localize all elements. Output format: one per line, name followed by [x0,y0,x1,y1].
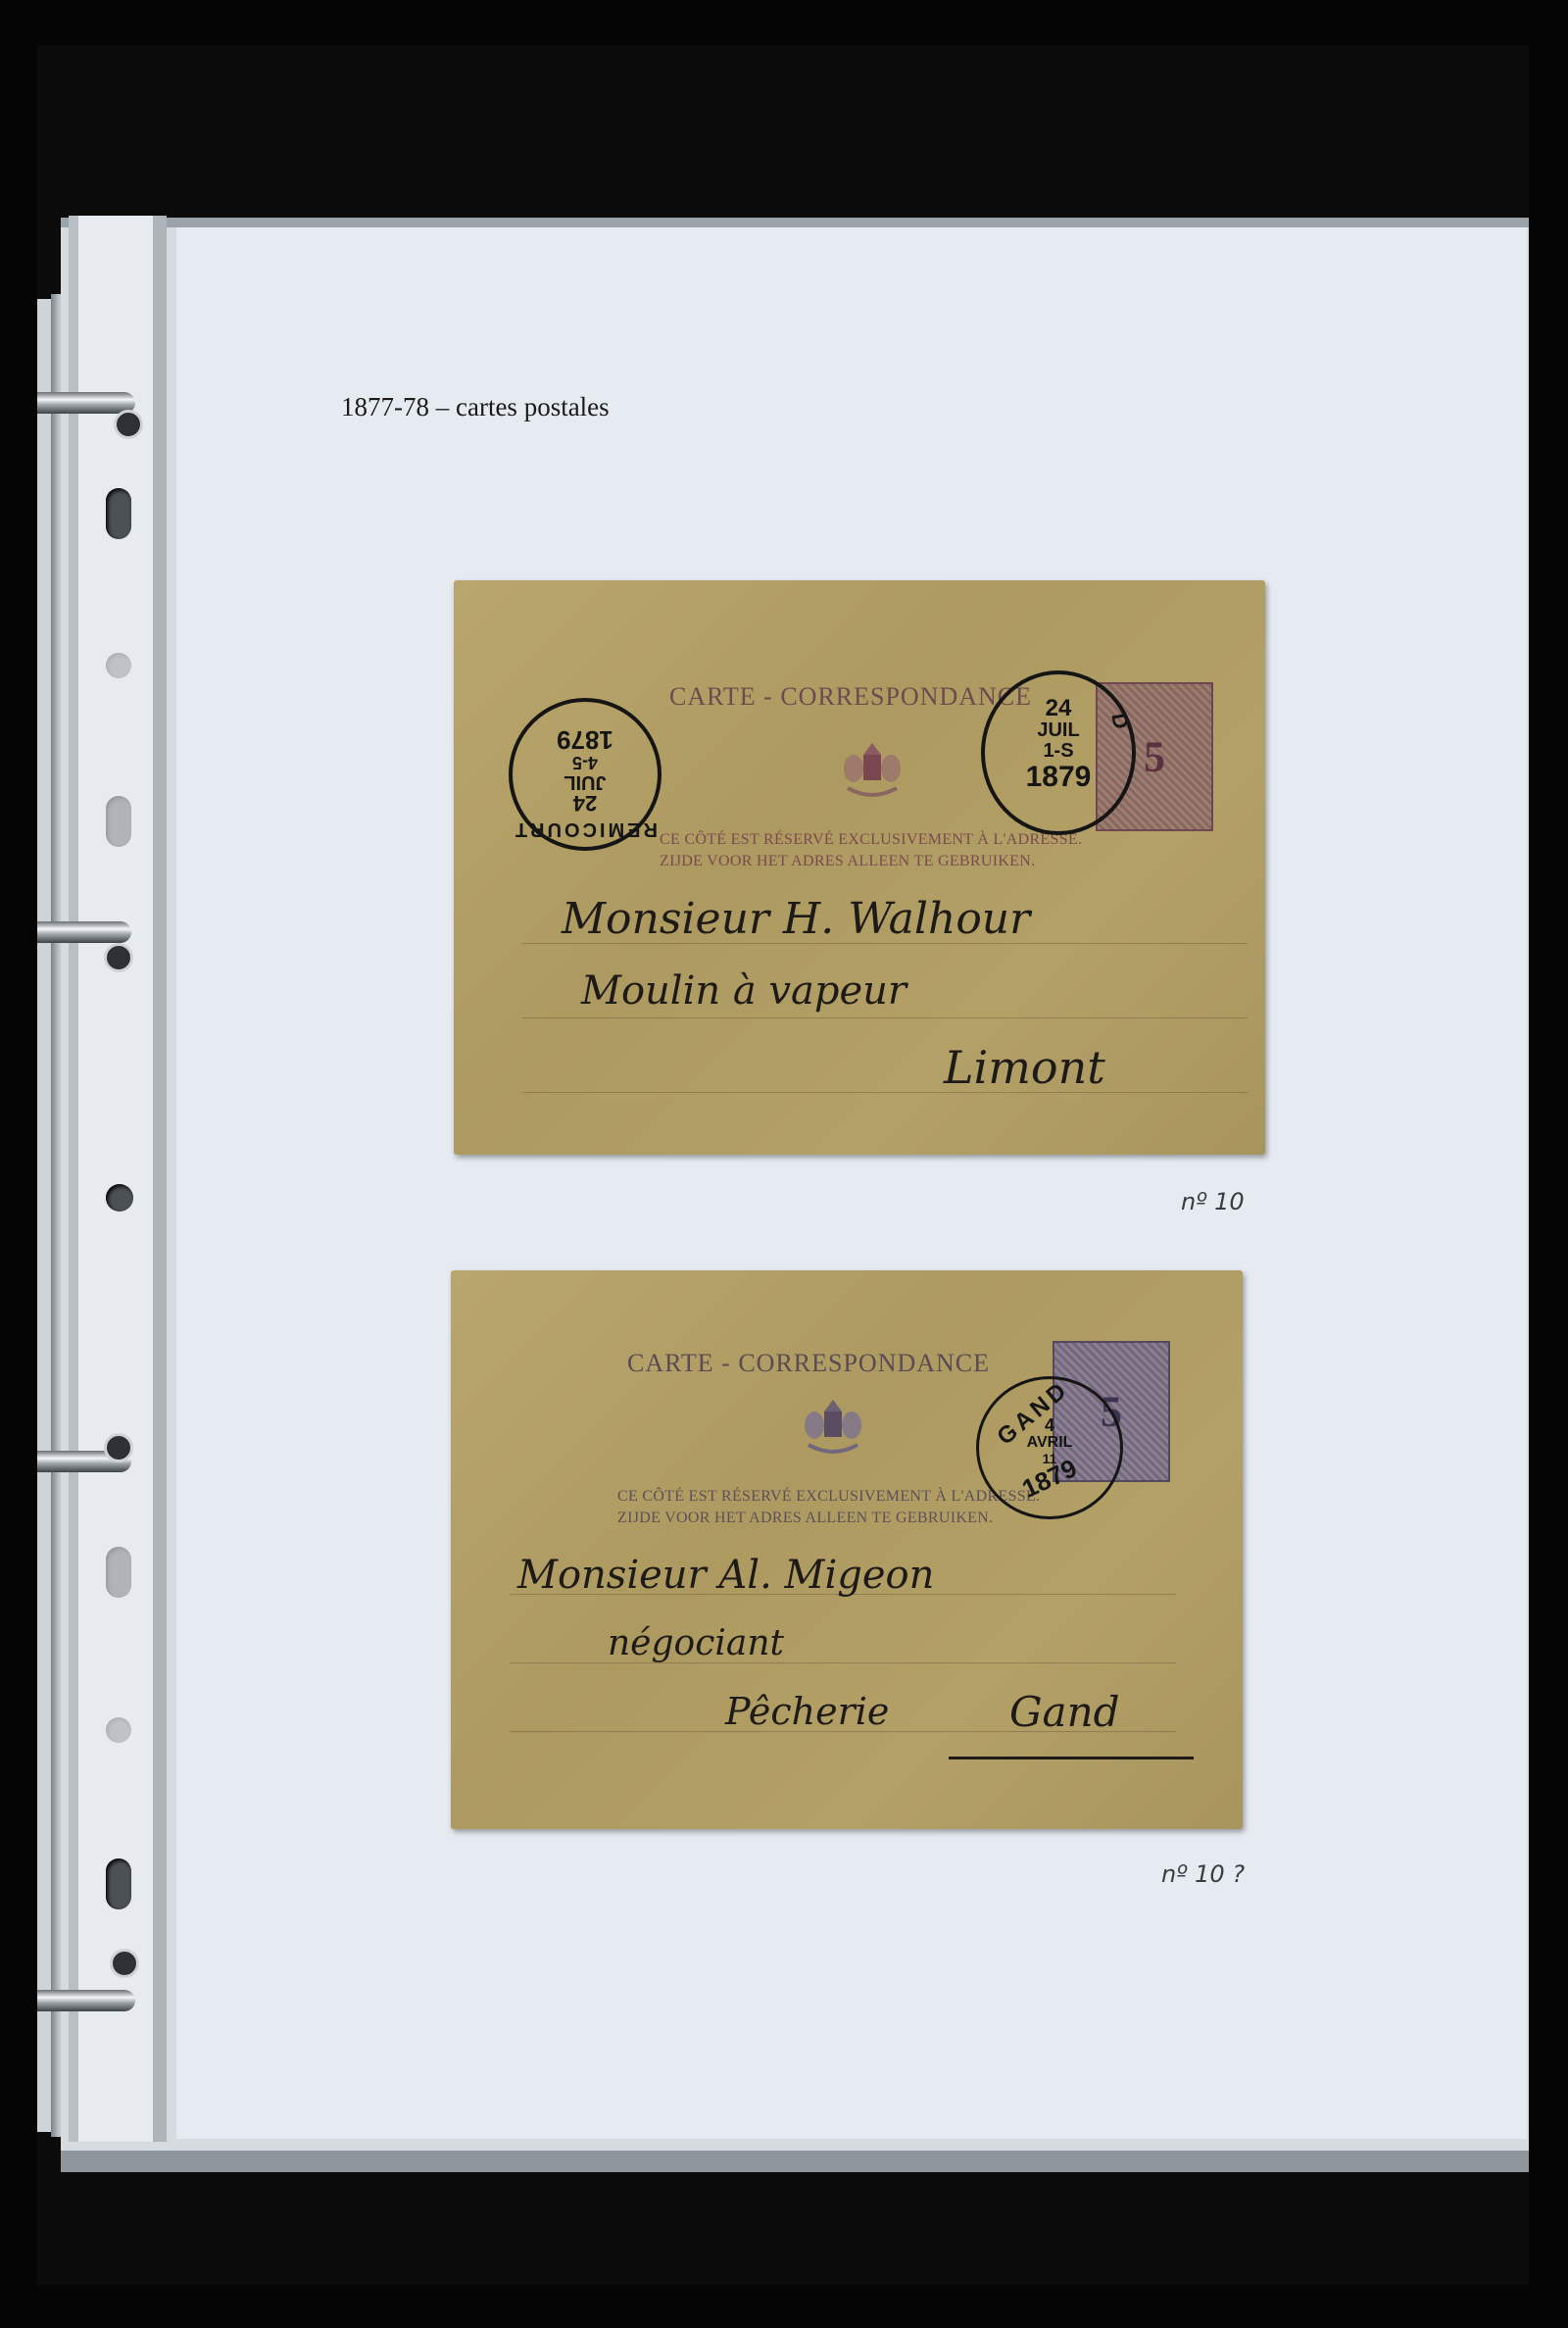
card-header: CARTE - CORRESPONDANCE [627,1349,990,1378]
postmark-year: 1879 [985,762,1132,793]
notice-french: CE CÔTÉ EST RÉSERVÉ EXCLUSIVEMENT À L'AD… [660,831,1082,849]
notice-dutch: ZIJDE VOOR HET ADRES ALLEEN TE GEBRUIKEN… [660,853,1035,870]
notice-french: CE CÔTÉ EST RÉSERVÉ EXCLUSIVEMENT À L'AD… [617,1488,1040,1506]
address-line: Monsieur Al. Migeon [517,1553,934,1598]
postmark-gand: GAND 4 AVRIL 11 1879 [976,1376,1123,1519]
punch-hole [106,1858,131,1909]
punch-hole [106,1717,131,1743]
underline-stroke [949,1757,1194,1759]
address-line: Gand [1009,1688,1120,1736]
catalogue-annotation: nº 10 [1181,1188,1245,1215]
address-line: Limont [944,1041,1105,1094]
postmark-d: D 24 JUIL 1-S 1879 [981,670,1136,835]
postmark-town: REMICOURT [513,818,658,839]
punch-hole [106,653,131,678]
address-line: Monsieur H. Walhour [562,894,1030,944]
coat-of-arms-icon [838,737,906,804]
binder-ring-end [114,410,143,439]
postal-card-1: CARTE - CORRESPONDANCE CE CÔTÉ EST RÉSER… [454,580,1265,1155]
punch-hole [106,796,131,847]
punch-hole [106,1547,131,1598]
address-line: Pêcherie [725,1690,889,1733]
postmark-year: 1879 [513,726,658,753]
binder-ring [37,392,135,414]
address-line: Moulin à vapeur [581,968,906,1014]
binder-ring-end [110,1949,139,1978]
album-page [176,227,1527,2139]
address-line: négociant [608,1623,784,1663]
catalogue-annotation: nº 10 ? [1161,1860,1245,1888]
page-title: 1877-78 – cartes postales [341,392,610,422]
postmark-time: 1-S [985,741,1132,762]
postmark-time: 4-5 [513,753,658,771]
coat-of-arms-icon [799,1394,867,1461]
binder-ring [37,1990,135,2011]
stamp-value: 5 [1144,732,1165,782]
postal-card-2: CARTE - CORRESPONDANCE CE CÔTÉ EST RÉSER… [451,1270,1243,1829]
postmark-month: JUIL [513,771,658,792]
notice-dutch: ZIJDE VOOR HET ADRES ALLEEN TE GEBRUIKEN… [617,1510,993,1527]
binder-ring-end [104,943,133,972]
postmark-day: 24 [513,792,658,815]
address-rule [522,1017,1248,1018]
punch-hole [106,488,131,539]
card-header: CARTE - CORRESPONDANCE [669,682,1032,712]
postmark-remicourt: REMICOURT 24 JUIL 4-5 1879 [509,698,661,851]
punch-hole [106,1184,133,1212]
binder-ring-end [104,1433,133,1462]
binder-ring [37,921,131,943]
address-rule [522,1092,1248,1093]
